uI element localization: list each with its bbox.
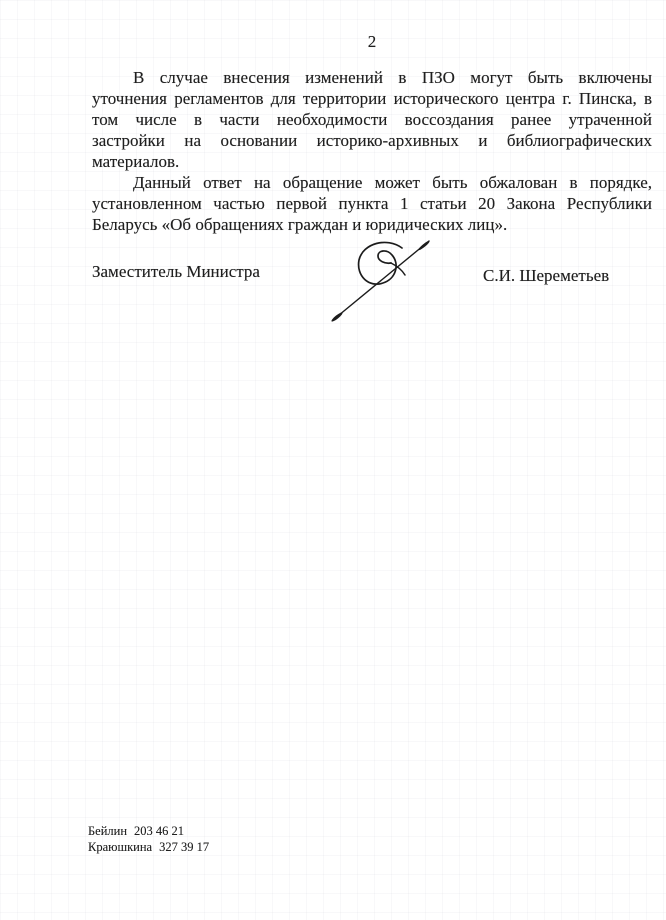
text-line: том числе в части необходимости воссозда… <box>92 109 652 130</box>
text-line: уточнения регламентов для территории ист… <box>92 88 652 109</box>
contact-line: Краюшкина327 39 17 <box>88 839 209 855</box>
contact-name: Краюшкина <box>88 840 152 854</box>
executor-contacts: Бейлин203 46 21 Краюшкина327 39 17 <box>88 823 209 855</box>
scanned-letter-page: 2 В случае внесения изменений в ПЗО могу… <box>0 0 666 920</box>
page-number: 2 <box>92 31 652 52</box>
text-line: материалов. <box>92 151 652 172</box>
signer-name: С.И. Шереметьев <box>483 265 609 286</box>
contact-name: Бейлин <box>88 824 127 838</box>
signer-position-title: Заместитель Министра <box>92 261 260 282</box>
contact-phone: 203 46 21 <box>134 824 184 838</box>
letter-body: В случае внесения изменений в ПЗО могут … <box>92 67 652 235</box>
text-line: В случае внесения изменений в ПЗО могут … <box>92 67 652 88</box>
text-line: Данный ответ на обращение может быть обж… <box>92 172 652 193</box>
paragraph-amendments: В случае внесения изменений в ПЗО могут … <box>92 67 652 172</box>
contact-phone: 327 39 17 <box>159 840 209 854</box>
handwritten-signature-icon <box>325 236 440 328</box>
text-line: Беларусь «Об обращениях граждан и юридич… <box>92 214 652 235</box>
contact-line: Бейлин203 46 21 <box>88 823 209 839</box>
text-line: застройки на основании историко-архивных… <box>92 130 652 151</box>
paragraph-appeal: Данный ответ на обращение может быть обж… <box>92 172 652 235</box>
text-line: установленном частью первой пункта 1 ста… <box>92 193 652 214</box>
